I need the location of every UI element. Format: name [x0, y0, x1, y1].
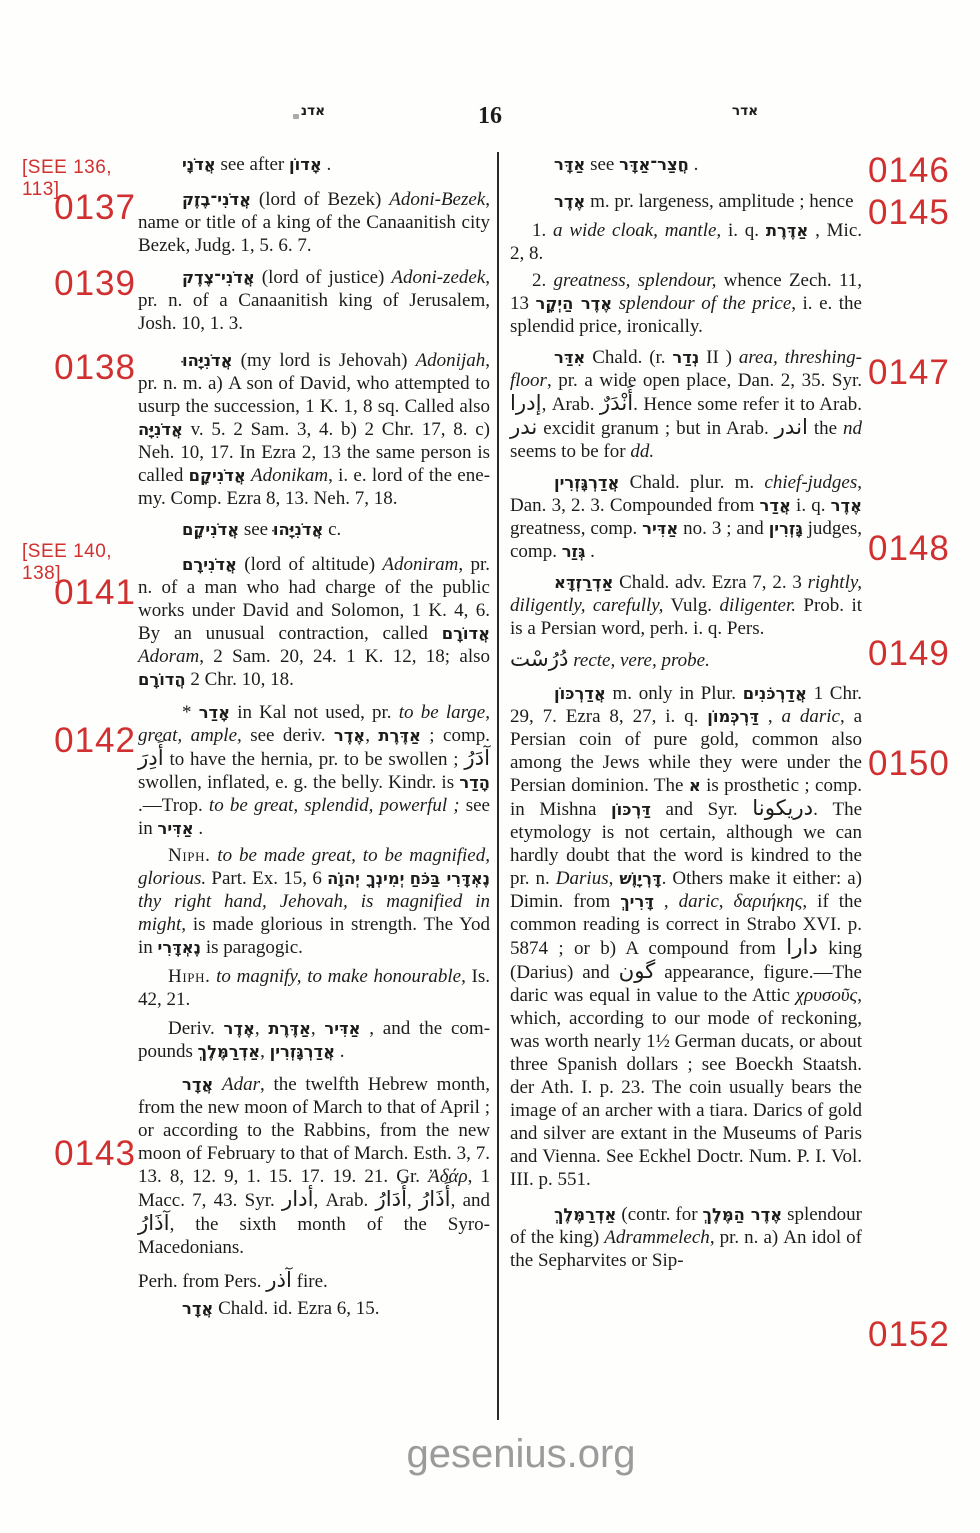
entry-number-0143: 0143 — [30, 1137, 136, 1171]
entry-number-0138: 0138 — [30, 351, 136, 385]
entry-text-0142: * אָדַר in Kal not used, pr. to be large… — [138, 701, 490, 840]
entry-number-0142: 0142 — [30, 724, 136, 758]
entry-number-0139: 0139 — [30, 267, 136, 301]
entry-text-0145-sense-2: 2. greatness, splendour, whence Zech. 11… — [510, 269, 862, 338]
cross-ref-line-addar: אַדָּר see חֲצַר־אַדָּר . — [510, 153, 862, 176]
column-divider — [497, 152, 499, 1420]
right-column: אַדָּר see חֲצַר־אַדָּר . אֶדֶר m. pr. l… — [510, 153, 862, 1272]
entry-text-0142-derivatives: Deriv. אֶדֶר, אַדֶּרֶת, אַדִּיר , and th… — [138, 1017, 490, 1063]
entry-text-0145-sense-1: 1. a wide cloak, mantle, i. q. אַדֶּרֶת … — [510, 219, 862, 265]
entry-number-0150: 0150 — [868, 747, 972, 781]
header-keyword-left: אדנ — [268, 103, 358, 119]
entry-text-0141: אֲדֹנִירָם (lord of altitude) Adoniram, … — [138, 553, 490, 691]
entry-number-0145: 0145 — [868, 196, 972, 230]
lexicon-page: אדנ 16 אדר [SEE 136, 113] 0137 0139 0138… — [0, 0, 980, 1533]
entry-number-0147: 0147 — [868, 356, 972, 390]
entry-text-0150: אֲדַרְכּוֹן m. only in Plur. אֲדַרְכֹּנִ… — [510, 682, 862, 1191]
entry-number-0152: 0152 — [868, 1318, 972, 1352]
left-column: אֲדֹנָי see after אָדוֹן . אֲדֹנִי־בֶזֶק… — [138, 153, 490, 1320]
entry-text-0149: אַדְרַזְדָּא Chald. adv. Ezra 7, 2. 3 ri… — [510, 571, 862, 640]
entry-number-0149: 0149 — [868, 637, 972, 671]
watermark: gesenius.org — [0, 1432, 980, 1477]
entry-number-0146: 0146 — [868, 154, 972, 188]
entry-text-0143-chaldee: אֲדָר Chald. id. Ezra 6, 15. — [138, 1297, 490, 1320]
cross-ref-line-adonai: אֲדֹנָי see after אָדוֹן . — [138, 153, 490, 176]
entry-text-0145: אֶדֶר m. pr. largeness, amplitude ; henc… — [510, 190, 862, 213]
entry-text-0152: אַדְרַמֶּלֶךְ (contr. for אֶדֶר הַמֶּלֶך… — [510, 1203, 862, 1272]
header-keyword-right: אדר — [700, 103, 790, 119]
entry-text-0139: אֲדֹנִי־צֶדֶק (lord of justice) Adoni-ze… — [138, 266, 490, 335]
entry-number-0148: 0148 — [868, 532, 972, 566]
entry-text-0138: אֲדֹנִיָּהוּ (my lord is Jehovah) Adoni­… — [138, 349, 490, 510]
entry-text-0142-hiphil: Hiph. to magnify, to make honourable, Is… — [138, 965, 490, 1011]
entry-text-0143: אֲדָר Adar, the twelfth Hebrew month, fr… — [138, 1073, 490, 1259]
entry-number-0137: 0137 — [30, 191, 136, 225]
entry-text-0147: אִדַּר Chald. (r. נְדַר II ) area, thres… — [510, 346, 862, 463]
entry-text-0149-persian-word: دُرُسْت recte, vere, probe. — [510, 648, 862, 672]
entry-text-0142-niphal: Niph. to be made great, to be magni­fied… — [138, 844, 490, 959]
entry-text-0143-persian-note: Perh. from Pers. آذر fire. — [138, 1269, 490, 1293]
entry-number-0141: 0141 — [30, 576, 136, 610]
page-number: 16 — [440, 103, 540, 130]
entry-text-0137: אֲדֹנִי־בֶזֶק (lord of Bezek) Adoni-Beze… — [138, 188, 490, 257]
cross-ref-line-adonikam: אֲדֹנִיקָם see אֲדֹנִיָּהוּ c. — [138, 518, 490, 541]
scan-speck — [293, 114, 299, 119]
entry-text-0148: אֲדַרְגָּזְרִין Chald. plur. m. chief-ju… — [510, 471, 862, 563]
